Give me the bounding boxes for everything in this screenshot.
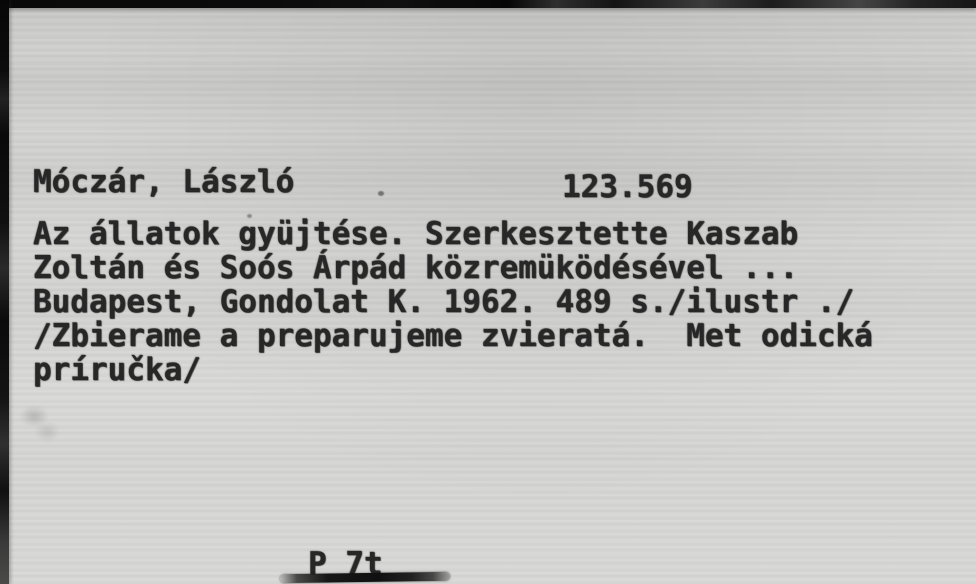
- paper-smudge: [16, 398, 68, 450]
- body-line: /Zbierame a preparujeme zvieratá. Met od…: [33, 319, 873, 353]
- body-line: Zoltán és Soós Árpád közremüködésével ..…: [33, 251, 798, 285]
- shelf-mark-underline: [280, 572, 450, 583]
- body-line: príručka/: [33, 353, 201, 387]
- body-line: Az állatok gyüjtése. Szerkesztette Kasza…: [33, 217, 798, 251]
- ink-speck: [247, 214, 252, 218]
- body-line: Budapest, Gondolat K. 1962. 489 s./ilust…: [33, 285, 854, 319]
- ink-speck: [378, 191, 384, 196]
- author-heading: Móczár, László: [33, 165, 294, 199]
- catalog-card-scan: Móczár, László 123.569 Az állatok gyüjté…: [0, 0, 976, 584]
- scan-left-edge-shadow: [0, 0, 9, 584]
- scan-top-edge-shadow: [0, 0, 976, 8]
- call-number: 123.569: [562, 170, 693, 204]
